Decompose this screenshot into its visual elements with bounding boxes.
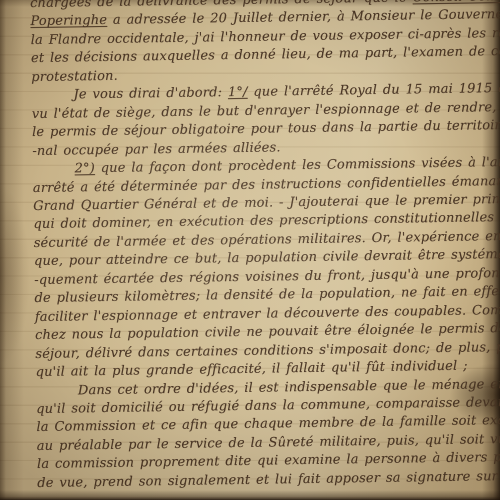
manuscript-text: chargées de la délivrance des permis de … <box>30 0 489 493</box>
text-segment: que l'arrêté Royal du 15 mai 1915 a été … <box>247 80 500 100</box>
underlined-text-segment: Conseil Communal de <box>412 0 500 5</box>
underlined-text-segment: 1°/ <box>228 85 248 100</box>
underlined-text-segment: 2°) <box>74 161 95 176</box>
text-segment: protestation. <box>31 69 118 85</box>
text-segment: -nal occupée par les armées alliées. <box>32 140 280 159</box>
manuscript-photo: chargées de la délivrance des permis de … <box>0 0 500 500</box>
underlined-text-segment: Poperinghe <box>30 13 107 29</box>
text-segment: Je vous dirai d'abord: <box>73 85 228 102</box>
